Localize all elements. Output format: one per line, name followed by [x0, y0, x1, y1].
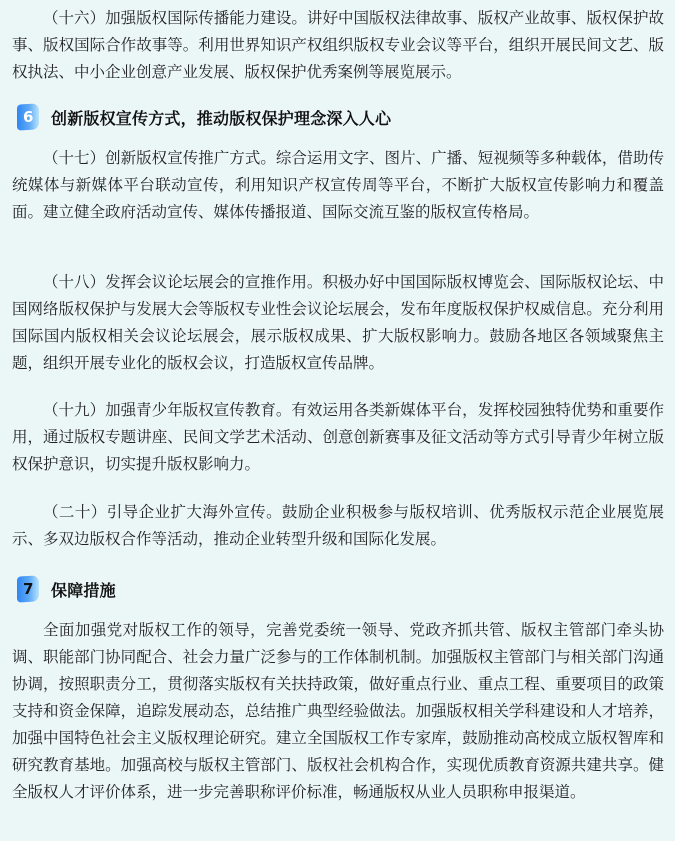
section-number-badge: 6 — [17, 103, 39, 130]
section-title: 保障措施 — [51, 578, 116, 601]
section-heading-7: 7 保障措施 — [17, 574, 116, 604]
paragraph-20: （二十）引导企业扩大海外宣传。鼓励企业积极参与版权培训、优秀版权示范企业展览展示… — [12, 499, 664, 553]
section-title: 创新版权宣传方式，推动版权保护理念深入人心 — [51, 106, 391, 129]
paragraph-19: （十九）加强青少年版权宣传教育。有效运用各类新媒体平台，发挥校园独特优势和重要作… — [12, 397, 664, 478]
paragraph-16: （十六）加强版权国际传播能力建设。讲好中国版权法律故事、版权产业故事、版权保护故… — [12, 5, 664, 86]
section-heading-6: 6 创新版权宣传方式，推动版权保护理念深入人心 — [17, 102, 391, 132]
paragraph-18: （十八）发挥会议论坛展会的宣推作用。积极办好中国国际版权博览会、国际版权论坛、中… — [12, 269, 664, 377]
paragraph-17: （十七）创新版权宣传推广方式。综合运用文字、图片、广播、短视频等多种载体，借助传… — [12, 145, 664, 226]
document-page: （十六）加强版权国际传播能力建设。讲好中国版权法律故事、版权产业故事、版权保护故… — [0, 0, 675, 841]
section-number-badge: 7 — [17, 575, 39, 602]
paragraph-guarantee-measures: 全面加强党对版权工作的领导，完善党委统一领导、党政齐抓共管、版权主管部门牵头协调… — [12, 617, 664, 806]
